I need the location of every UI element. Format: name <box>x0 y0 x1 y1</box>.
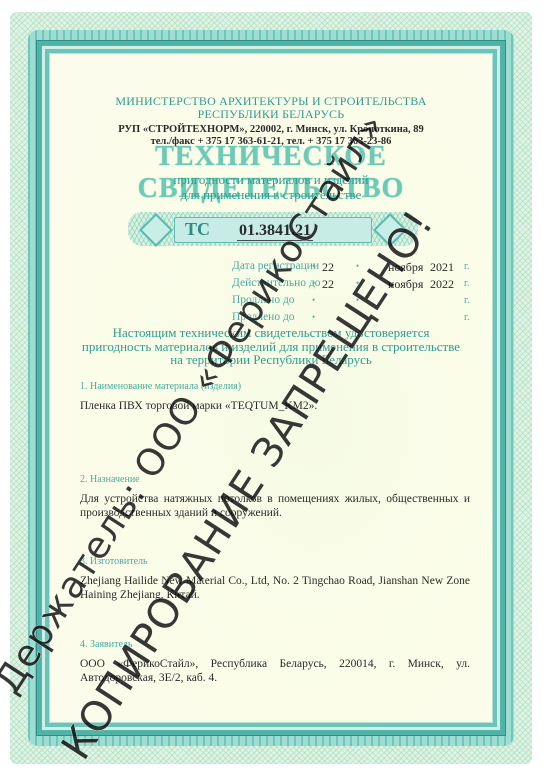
statement-line-3: на территории Республики Беларусь <box>50 353 492 367</box>
subtitle-line-2: для применения в строительстве <box>50 187 492 203</box>
statement-line-1: Настоящим техническим свидетельством удо… <box>50 326 492 340</box>
certificate-paper: МИНИСТЕРСТВО АРХИТЕКТУРЫ И СТРОИТЕЛЬСТВА… <box>49 53 493 723</box>
diamond-ornament-icon <box>139 213 173 247</box>
date-suffix: г. <box>464 295 469 306</box>
certificate-sheet: МИНИСТЕРСТВО АРХИТЕКТУРЫ И СТРОИТЕЛЬСТВА… <box>10 12 532 764</box>
date-suffix: г. <box>464 261 469 272</box>
subtitle-line-1: пригодности материалов и изделий <box>50 172 492 188</box>
ministry-line-2: РЕСПУБЛИКИ БЕЛАРУСЬ <box>50 107 492 122</box>
date-suffix: г. <box>464 312 469 323</box>
date-suffix: г. <box>464 278 469 289</box>
certification-statement: Настоящим техническим свидетельством удо… <box>50 326 492 367</box>
bullet-icon: • <box>312 261 315 271</box>
statement-line-2: пригодность материалов и изделий для при… <box>50 340 492 354</box>
bullet-icon: • <box>312 295 315 305</box>
bullet-icon: • <box>312 278 315 288</box>
date-day: 22 <box>322 260 334 275</box>
organization-address: РУП «СТРОЙТЕХНОРМ», 220002, г. Минск, ул… <box>50 124 492 135</box>
section-manufacturer-text: Zhejiang Hailide New Material Co., Ltd, … <box>80 574 470 602</box>
date-year: 2021 <box>430 260 454 275</box>
certificate-prefix: ТС <box>185 219 210 240</box>
bullet-icon: • <box>312 312 315 322</box>
date-day: 22 <box>322 277 334 292</box>
date-year: 2022 <box>430 277 454 292</box>
